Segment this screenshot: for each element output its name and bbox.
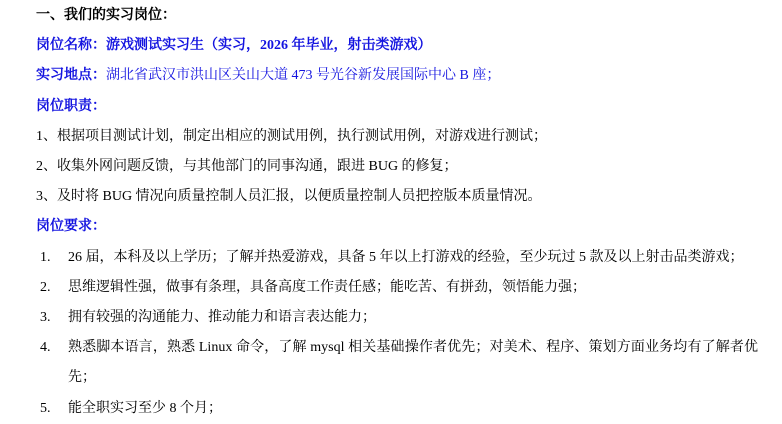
requirement-text: 拥有较强的沟通能力、推动能力和语言表达能力； xyxy=(68,310,376,325)
requirement-text: 熟悉脚本语言，熟悉 Linux 命令，了解 mysql 相关基础操作者优先；对美… xyxy=(68,340,758,385)
requirement-item: 3.拥有较强的沟通能力、推动能力和语言表达能力； xyxy=(36,303,758,333)
requirements-title: 岗位要求： xyxy=(36,212,758,242)
job-title-label: 岗位名称： xyxy=(36,38,106,53)
job-title-line: 岗位名称：游戏测试实习生（实习，2026 年毕业，射击类游戏） xyxy=(36,31,758,61)
requirement-text: 26 届，本科及以上学历；了解并热爱游戏，具备 5 年以上打游戏的经验，至少玩过… xyxy=(68,250,744,265)
section-heading-internship-positions: 一、我们的实习岗位： xyxy=(36,1,758,31)
requirement-number: 3. xyxy=(40,303,51,333)
requirement-item: 5.能全职实习至少 8 个月； xyxy=(36,394,758,424)
location-value: 湖北省武汉市洪山区关山大道 473 号光谷新发展国际中心 B 座； xyxy=(106,68,500,83)
location-label: 实习地点： xyxy=(36,68,106,83)
requirement-number: 4. xyxy=(40,333,51,363)
requirement-item: 1.26 届，本科及以上学历；了解并热爱游戏，具备 5 年以上打游戏的经验，至少… xyxy=(36,243,758,273)
requirement-number: 2. xyxy=(40,273,51,303)
requirement-number: 5. xyxy=(40,394,51,424)
location-line: 实习地点：湖北省武汉市洪山区关山大道 473 号光谷新发展国际中心 B 座； xyxy=(36,61,758,91)
job-posting-document: 一、我们的实习岗位： 岗位名称：游戏测试实习生（实习，2026 年毕业，射击类游… xyxy=(36,1,758,424)
requirement-number: 1. xyxy=(40,243,51,273)
requirement-item: 4.熟悉脚本语言，熟悉 Linux 命令，了解 mysql 相关基础操作者优先；… xyxy=(36,333,758,393)
responsibility-item: 1、根据项目测试计划，制定出相应的测试用例，执行测试用例，对游戏进行测试； xyxy=(36,122,758,152)
requirement-item: 2.思维逻辑性强，做事有条理，具备高度工作责任感；能吃苦、有拼劲，领悟能力强； xyxy=(36,273,758,303)
responsibility-item: 3、及时将 BUG 情况向质量控制人员汇报，以便质量控制人员把控版本质量情况。 xyxy=(36,182,758,212)
requirement-text: 思维逻辑性强，做事有条理，具备高度工作责任感；能吃苦、有拼劲，领悟能力强； xyxy=(68,280,586,295)
responsibility-item: 2、收集外网问题反馈，与其他部门的同事沟通，跟进 BUG 的修复； xyxy=(36,152,758,182)
job-title-value: 游戏测试实习生（实习，2026 年毕业，射击类游戏） xyxy=(106,38,432,53)
responsibilities-title: 岗位职责： xyxy=(36,92,758,122)
requirement-text: 能全职实习至少 8 个月； xyxy=(68,401,222,416)
